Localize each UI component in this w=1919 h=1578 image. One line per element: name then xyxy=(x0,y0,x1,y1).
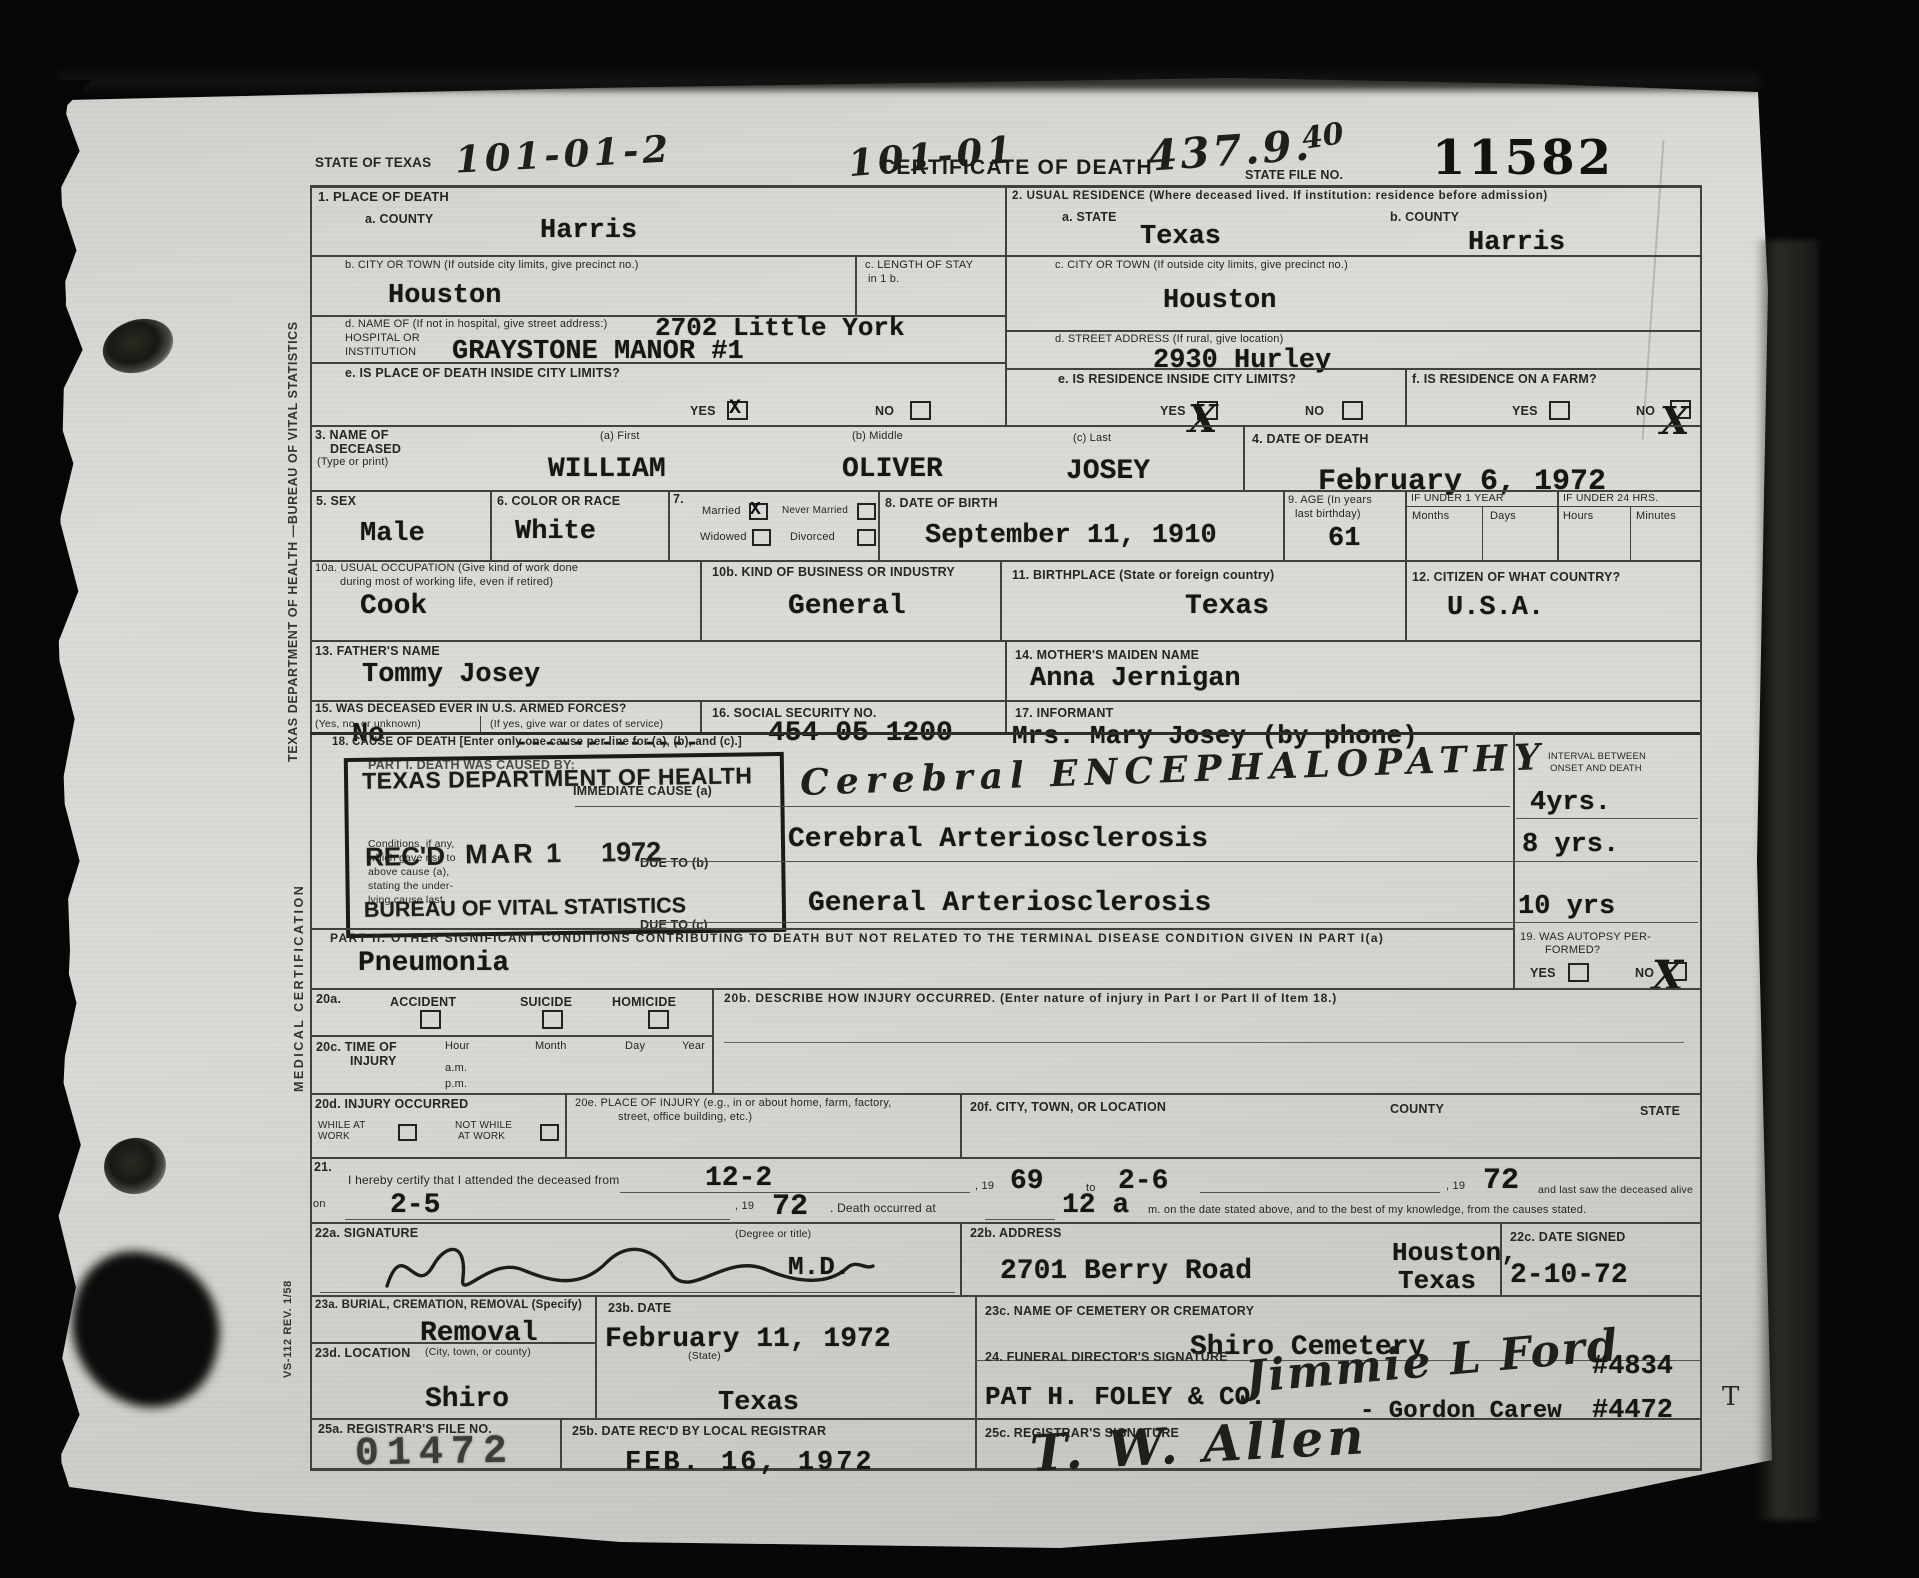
s22a-degree-label: (Degree or title) xyxy=(735,1228,811,1240)
grid-line xyxy=(1630,506,1631,560)
s1e-no-label: NO xyxy=(875,404,894,418)
s10a-value: Cook xyxy=(360,593,427,621)
state-file-no-label: STATE FILE NO. xyxy=(1245,168,1343,182)
s2b-label: b. COUNTY xyxy=(1390,210,1459,224)
grid-line xyxy=(1405,490,1407,560)
s1c-label: c. LENGTH OF STAY xyxy=(865,259,973,272)
s1-title: 1. PLACE OF DEATH xyxy=(318,190,449,205)
s11-label: 11. BIRTHPLACE (State or foreign country… xyxy=(1012,568,1274,582)
grid-line xyxy=(1405,506,1557,507)
grid-line xyxy=(855,255,857,315)
grid-line xyxy=(1516,818,1698,819)
s13-label: 13. FATHER'S NAME xyxy=(315,644,440,658)
grid-line xyxy=(1405,560,1407,640)
grid-line xyxy=(310,1418,1700,1420)
s20d-while1: WHILE AT xyxy=(318,1120,366,1132)
s12-value: U.S.A. xyxy=(1447,595,1544,622)
s22b-address-value: 2701 Berry Road xyxy=(1000,1258,1252,1286)
grid-line xyxy=(310,928,1513,930)
certificate-title: CERTIFICATE OF DEATH xyxy=(880,157,1153,178)
s20c-day-label: Day xyxy=(625,1040,645,1053)
s14-value: Anna Jernigan xyxy=(1030,666,1241,693)
s18-interval-c-value: 10 yrs xyxy=(1518,894,1615,921)
s22c-date-value: 2-10-72 xyxy=(1510,1262,1628,1290)
s15-sub2: (If yes, give war or dates of service) xyxy=(490,718,663,730)
grid-line xyxy=(645,922,1698,923)
s25b-label: 25b. DATE REC'D BY LOCAL REGISTRAR xyxy=(572,1424,826,1438)
grid-line xyxy=(480,716,481,732)
s24-license1: #4834 xyxy=(1592,1354,1673,1381)
s2d-label: d. STREET ADDRESS (If rural, give locati… xyxy=(1055,333,1283,346)
grid-line xyxy=(1200,1192,1440,1193)
s9-hours-label: Hours xyxy=(1563,510,1593,523)
grid-line xyxy=(345,1219,730,1220)
s24-label: 24. FUNERAL DIRECTOR'S SIGNATURE xyxy=(985,1350,1228,1364)
s20f-state-label: STATE xyxy=(1640,1104,1680,1118)
grid-line xyxy=(1005,255,1700,257)
s2-county-value: Harris xyxy=(1468,230,1565,257)
s22a-degree-value: M.D. xyxy=(788,1254,850,1280)
margin-t-mark: T xyxy=(1722,1382,1740,1412)
s2f-yes-checkbox xyxy=(1549,401,1570,420)
s7-widowed-checkbox xyxy=(752,529,771,546)
s2f-no-label: NO xyxy=(1636,404,1655,418)
grid-line xyxy=(960,1093,962,1157)
s9-label1: 9. AGE (In years xyxy=(1288,494,1372,507)
s25a-value: 01472 xyxy=(355,1433,516,1476)
received-stamp: TEXAS DEPARTMENT OF HEALTH REC'D MAR 1 1… xyxy=(344,752,786,938)
s7-married-x-mark: X xyxy=(750,501,761,519)
stamp-recd: REC'D xyxy=(365,841,445,873)
s15-label: 15. WAS DECEASED EVER IN U.S. ARMED FORC… xyxy=(315,702,627,716)
s18-interval-label2: ONSET AND DEATH xyxy=(1550,764,1642,775)
s3-first-label: (a) First xyxy=(600,430,640,443)
s3-title2: DECEASED xyxy=(330,442,401,456)
s18-cause-b-value: Cerebral Arteriosclerosis xyxy=(788,826,1208,854)
s19-yes-checkbox xyxy=(1568,963,1589,982)
handwritten-code-1: 101-01-2 xyxy=(454,130,673,178)
grid-line xyxy=(310,1093,1700,1095)
s7-widowed-label: Widowed xyxy=(700,531,747,544)
s20d-notwhile2: AT WORK xyxy=(458,1131,505,1143)
s10a-label1: 10a. USUAL OCCUPATION (Give kind of work… xyxy=(315,562,578,575)
s17-label: 17. INFORMANT xyxy=(1015,706,1113,720)
grid-line xyxy=(1005,185,1007,425)
s1e-yes-label: YES xyxy=(690,404,716,418)
s1d-label2: HOSPITAL OR xyxy=(345,332,420,345)
s10a-label2: during most of working life, even if ret… xyxy=(340,576,553,589)
s19-yes-label: YES xyxy=(1530,966,1556,980)
s12-label: 12. CITIZEN OF WHAT COUNTRY? xyxy=(1412,570,1620,584)
s5-label: 5. SEX xyxy=(316,494,356,508)
s23b-value: February 11, 1972 xyxy=(605,1326,891,1354)
stamp-date: MAR 1 xyxy=(465,838,564,870)
grid-line xyxy=(310,988,1700,990)
s21-text2: and last saw the deceased alive xyxy=(1538,1184,1693,1196)
s19-label1: 19. WAS AUTOPSY PER- xyxy=(1520,931,1651,944)
s18-cause-c-value: General Arteriosclerosis xyxy=(808,890,1211,918)
grid-line xyxy=(1482,506,1483,560)
s1e-yes-x-mark: X xyxy=(729,399,741,419)
s22c-label: 22c. DATE SIGNED xyxy=(1510,1230,1626,1244)
state-file-number: 11582 xyxy=(1432,134,1614,182)
s2f-no-x-mark: X xyxy=(1660,402,1689,440)
s21-from-date: 12-2 xyxy=(705,1165,772,1193)
s2f-yes-label: YES xyxy=(1512,404,1538,418)
s23b-state-value: Texas xyxy=(718,1390,799,1417)
s24-firm-value: PAT H. FOLEY & CO. xyxy=(985,1384,1266,1410)
s20f-label: 20f. CITY, TOWN, OR LOCATION xyxy=(970,1100,1166,1114)
s1a-label: a. COUNTY xyxy=(365,212,433,226)
s13-value: Tommy Josey xyxy=(362,662,540,689)
s18-label: 18. CAUSE OF DEATH [Enter only one cause… xyxy=(332,736,742,749)
s2e-yes-x-mark: X xyxy=(1188,400,1217,438)
s8-value: September 11, 1910 xyxy=(925,523,1217,550)
grid-line xyxy=(1405,368,1407,425)
grid-line xyxy=(668,490,670,560)
s23a-label: 23a. BURIAL, CREMATION, REMOVAL (Specify… xyxy=(315,1299,582,1312)
grid-line xyxy=(640,861,1698,862)
s3-first-value: WILLIAM xyxy=(548,456,666,484)
s21-comma19a: , 19 xyxy=(975,1180,994,1193)
s23d-sub-label: (City, town, or county) xyxy=(425,1346,531,1358)
s20c-year-label: Year xyxy=(682,1040,705,1053)
s20c-month-label: Month xyxy=(535,1040,567,1053)
s22b-city-value: Houston, xyxy=(1392,1240,1517,1266)
grid-line xyxy=(575,806,1510,807)
s20a-label: 20a. xyxy=(316,992,341,1006)
grid-line xyxy=(1557,490,1559,560)
s1d-label3: INSTITUTION xyxy=(345,346,416,359)
s2e-yes-label: YES xyxy=(1160,404,1186,418)
grid-line xyxy=(310,1468,1702,1471)
s21-comma19c: , 19 xyxy=(735,1200,754,1213)
s20a-homicide-label: HOMICIDE xyxy=(612,995,676,1009)
grid-line xyxy=(1000,560,1002,640)
s1-county-value: Harris xyxy=(540,218,637,245)
s7-divorced-label: Divorced xyxy=(790,531,835,544)
stamp-bureau: BUREAU OF VITAL STATISTICS xyxy=(364,893,686,922)
s21-year2: 72 xyxy=(1483,1166,1519,1196)
s20d-while2: WORK xyxy=(318,1131,350,1143)
s20a-suicide-checkbox xyxy=(542,1010,563,1029)
s21-comma19b: , 19 xyxy=(1446,1180,1465,1193)
s21-death-time: 12 a xyxy=(1062,1192,1129,1220)
s9-under1yr-label: IF UNDER 1 YEAR xyxy=(1411,492,1504,504)
s20d-notwhile1: NOT WHILE xyxy=(455,1120,512,1132)
grid-line xyxy=(1243,425,1245,490)
grid-line xyxy=(878,490,880,560)
s25b-value: FEB. 16, 1972 xyxy=(625,1450,875,1477)
s7-married-label: Married xyxy=(702,505,741,518)
s20b-label: 20b. DESCRIBE HOW INJURY OCCURRED. (Ente… xyxy=(724,992,1337,1006)
grid-line xyxy=(560,1418,562,1468)
s20c-am-label: a.m. xyxy=(445,1062,467,1075)
grid-line xyxy=(310,255,1005,257)
s9-days-label: Days xyxy=(1490,510,1516,523)
grid-line xyxy=(985,1219,1055,1220)
s1b-label: b. CITY OR TOWN (If outside city limits,… xyxy=(345,259,639,272)
s3-middle-value: OLIVER xyxy=(842,456,943,484)
s2-state-value: Texas xyxy=(1140,224,1221,251)
grid-line xyxy=(310,732,1700,735)
s5-value: Male xyxy=(360,521,425,548)
s18-interval-label1: INTERVAL BETWEEN xyxy=(1548,752,1646,763)
s20c-hour-label: Hour xyxy=(445,1040,470,1053)
s1c-label2: in 1 b. xyxy=(868,273,899,286)
grid-line xyxy=(1557,506,1700,507)
s2f-label: f. IS RESIDENCE ON A FARM? xyxy=(1412,372,1597,386)
s23a-value: Removal xyxy=(420,1320,538,1348)
s18-part2-label: PART II. OTHER SIGNIFICANT CONDITIONS CO… xyxy=(330,932,1384,946)
s2e-no-label: NO xyxy=(1305,404,1324,418)
s20a-accident-label: ACCIDENT xyxy=(390,995,456,1009)
s19-no-x-mark: X xyxy=(1652,956,1683,996)
s21-year3: 72 xyxy=(772,1192,808,1222)
s7-label: 7. xyxy=(673,492,684,506)
margin-medical-label: MEDICAL CERTIFICATION xyxy=(292,884,306,1092)
s22b-label: 22b. ADDRESS xyxy=(970,1226,1062,1240)
s9-value: 61 xyxy=(1328,526,1360,553)
s23b-label: 23b. DATE xyxy=(608,1301,671,1315)
grid-line xyxy=(310,362,1005,364)
s21-number: 21. xyxy=(314,1160,332,1174)
s22b-state-value: Texas xyxy=(1398,1268,1476,1294)
s11-value: Texas xyxy=(1185,593,1269,621)
scan-top-shadow xyxy=(60,72,1760,90)
state-of-texas-label: STATE OF TEXAS xyxy=(315,155,431,171)
grid-line xyxy=(310,1035,712,1037)
s2e-label: e. IS RESIDENCE INSIDE CITY LIMITS? xyxy=(1058,372,1296,386)
margin-form-number: VS-112 REV. 1/58 xyxy=(282,1280,294,1378)
grid-line xyxy=(1005,330,1700,332)
s2-street-value: 2930 Hurley xyxy=(1153,348,1331,375)
grid-line xyxy=(310,1295,1700,1297)
s2e-no-checkbox xyxy=(1342,401,1363,420)
s20a-homicide-checkbox xyxy=(648,1010,669,1029)
grid-line xyxy=(975,1418,977,1468)
s20f-county-label: COUNTY xyxy=(1390,1102,1444,1116)
grid-line xyxy=(1500,1222,1502,1295)
s2-title: 2. USUAL RESIDENCE (Where deceased lived… xyxy=(1012,190,1548,203)
s21-lastseen-date: 2-5 xyxy=(390,1192,440,1220)
s9-under24-label: IF UNDER 24 HRS. xyxy=(1563,492,1658,504)
s3-last-label: (c) Last xyxy=(1073,432,1111,445)
s1d-label: d. NAME OF (If not in hospital, give str… xyxy=(345,318,607,331)
grid-line xyxy=(700,560,702,640)
s20a-suicide-label: SUICIDE xyxy=(520,995,572,1009)
s18-interval-a-value: 4yrs. xyxy=(1530,790,1611,817)
s20d-notwhile-checkbox xyxy=(540,1124,559,1141)
grid-line xyxy=(490,490,492,560)
s20d-label: 20d. INJURY OCCURRED xyxy=(315,1097,468,1111)
s3-last-value: JOSEY xyxy=(1066,458,1150,486)
grid-line xyxy=(960,1222,962,1295)
s21-text4: m. on the date stated above, and to the … xyxy=(1148,1204,1586,1217)
s20c-pm-label: p.m. xyxy=(445,1078,467,1091)
s9-minutes-label: Minutes xyxy=(1636,510,1676,523)
s21-year1: 69 xyxy=(1010,1168,1044,1196)
grid-line xyxy=(1005,368,1700,370)
s23c-label: 23c. NAME OF CEMETERY OR CREMATORY xyxy=(985,1304,1254,1318)
s23d-label: 23d. LOCATION xyxy=(315,1346,410,1360)
s20d-while-checkbox xyxy=(398,1124,417,1141)
s23b-state-sub-label: (State) xyxy=(688,1350,721,1362)
s2c-label: c. CITY OR TOWN (If outside city limits,… xyxy=(1055,259,1348,272)
grid-line xyxy=(700,700,702,732)
handwritten-cause-code-sup: 40 xyxy=(1300,119,1346,155)
grid-line xyxy=(320,1292,955,1293)
s10b-label: 10b. KIND OF BUSINESS OR INDUSTRY xyxy=(712,565,955,579)
s14-label: 14. MOTHER'S MAIDEN NAME xyxy=(1015,648,1199,662)
grid-line xyxy=(1700,185,1702,1470)
s3-title1: 3. NAME OF xyxy=(315,428,389,442)
page-edge-shadow xyxy=(1756,240,1818,1520)
grid-line xyxy=(724,1042,1684,1043)
grid-line xyxy=(310,1342,595,1344)
s21-on: on xyxy=(313,1198,326,1211)
s18-interval-b-value: 8 yrs. xyxy=(1522,832,1619,859)
s7-divorced-checkbox xyxy=(857,529,876,546)
s1-city-value: Houston xyxy=(388,283,501,310)
s10b-value: General xyxy=(788,593,906,621)
s20a-accident-checkbox xyxy=(420,1010,441,1029)
s24-license2: #4472 xyxy=(1592,1398,1673,1425)
s2-city-value: Houston xyxy=(1163,288,1276,315)
s23d-value: Shiro xyxy=(425,1386,509,1414)
s7-never-married-checkbox xyxy=(857,503,876,520)
s9-months-label: Months xyxy=(1412,510,1449,523)
s19-label2: FORMED? xyxy=(1545,944,1600,957)
s20e-label2: street, office building, etc.) xyxy=(618,1111,752,1124)
grid-line xyxy=(595,1295,597,1418)
s3-middle-label: (b) Middle xyxy=(852,430,903,443)
grid-line xyxy=(975,1295,977,1418)
s20e-label1: 20e. PLACE OF INJURY (e.g., in or about … xyxy=(575,1097,891,1110)
grid-line xyxy=(1005,640,1007,732)
s9-label2: last birthday) xyxy=(1295,508,1361,521)
grid-line xyxy=(1283,490,1285,560)
s6-label: 6. COLOR OR RACE xyxy=(497,494,620,508)
scanned-death-certificate: TEXAS DEPARTMENT OF HEALTH —BUREAU OF VI… xyxy=(0,0,1919,1578)
grid-line xyxy=(565,1093,567,1157)
s1e-no-checkbox xyxy=(910,401,931,420)
s8-label: 8. DATE OF BIRTH xyxy=(885,496,998,510)
s24-assist-value: - Gordon Carew xyxy=(1360,1400,1562,1424)
s18-part2-value: Pneumonia xyxy=(358,950,509,978)
s21-text1: I hereby certify that I attended the dec… xyxy=(348,1174,620,1188)
s21-text3: . Death occurred at xyxy=(830,1202,936,1216)
grid-line xyxy=(310,185,312,1470)
grid-line xyxy=(712,988,714,1093)
grid-line xyxy=(310,1222,1700,1224)
stamp-org: TEXAS DEPARTMENT OF HEALTH xyxy=(362,762,753,794)
stamp-year: 1972 xyxy=(601,837,662,869)
s4-label: 4. DATE OF DEATH xyxy=(1252,432,1369,446)
grid-line xyxy=(310,1157,1700,1159)
s2a-label: a. STATE xyxy=(1062,210,1117,224)
s20c-label2: INJURY xyxy=(350,1054,397,1068)
margin-dept-label: TEXAS DEPARTMENT OF HEALTH —BUREAU OF VI… xyxy=(286,321,300,762)
s1e-label: e. IS PLACE OF DEATH INSIDE CITY LIMITS? xyxy=(345,366,620,380)
s3-title3: (Type or print) xyxy=(317,456,388,469)
s6-value: White xyxy=(515,519,596,546)
s20c-label1: 20c. TIME OF xyxy=(316,1040,397,1054)
grid-line xyxy=(310,425,1700,427)
s7-never-married-label: Never Married xyxy=(782,505,848,517)
